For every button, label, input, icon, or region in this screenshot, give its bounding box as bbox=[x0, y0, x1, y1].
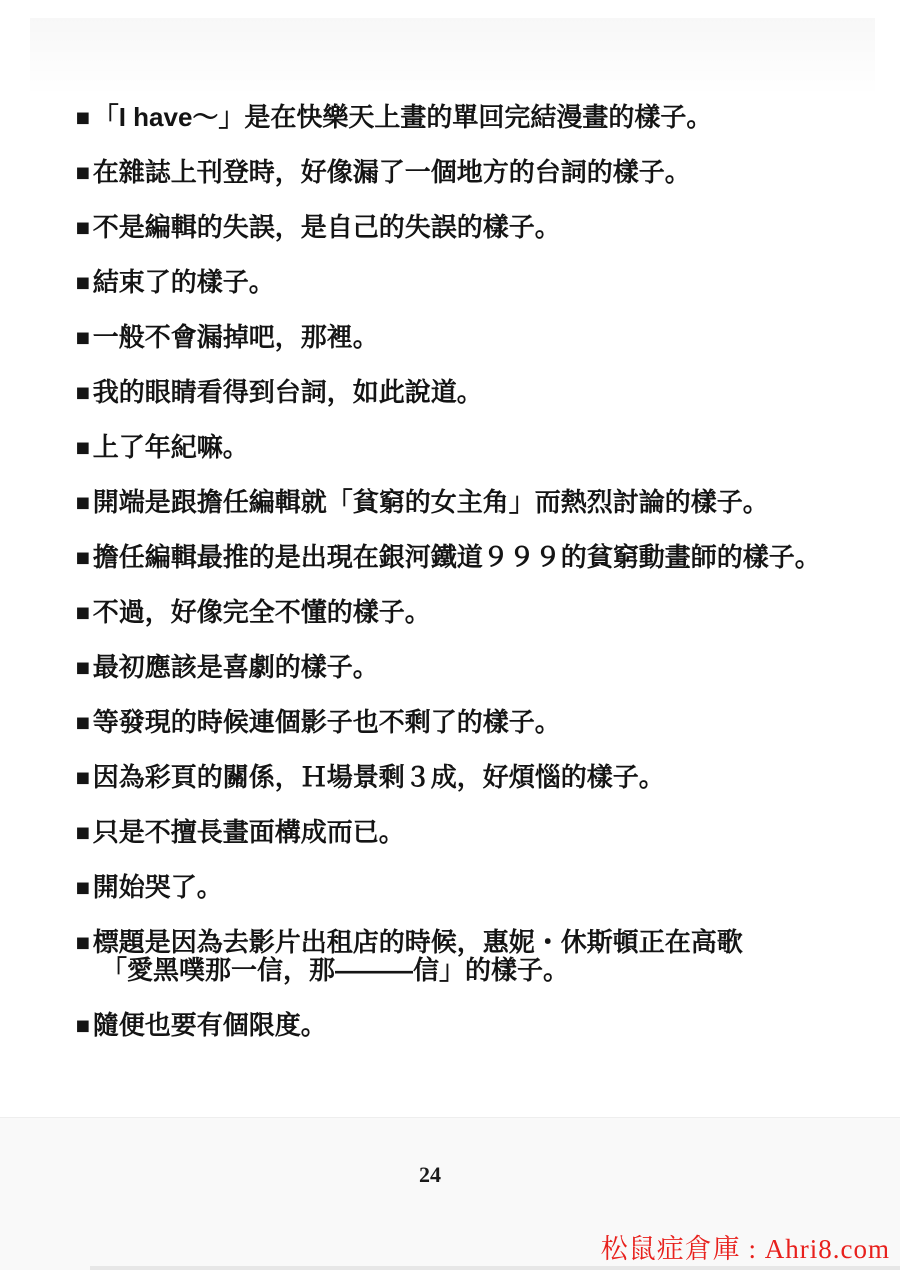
note-line: ■標題是因為去影片出租店的時候，惠妮・休斯頓正在高歌 bbox=[75, 928, 875, 956]
note-item: ■開端是跟擔任編輯就「貧窮的女主角」而熱烈討論的樣子。 bbox=[75, 488, 875, 516]
note-item: ■不是編輯的失誤，是自己的失誤的樣子。 bbox=[75, 213, 875, 241]
note-text: 「I have～」是在快樂天上畫的單回完結漫畫的樣子。 bbox=[93, 102, 713, 132]
bullet-square-icon: ■ bbox=[76, 379, 90, 405]
note-item: ■在雜誌上刊登時，好像漏了一個地方的台詞的樣子。 bbox=[75, 158, 875, 186]
bullet-square-icon: ■ bbox=[76, 269, 90, 295]
note-text: 開端是跟擔任編輯就「貧窮的女主角」而熱烈討論的樣子。 bbox=[93, 487, 769, 517]
note-item: ■等發現的時候連個影子也不剩了的樣子。 bbox=[75, 708, 875, 736]
note-text: 擔任編輯最推的是出現在銀河鐵道９９９的貧窮動畫師的樣子。 bbox=[93, 542, 821, 572]
note-line: ■只是不擅長畫面構成而已。 bbox=[75, 818, 875, 846]
bullet-square-icon: ■ bbox=[76, 764, 90, 790]
notes-list: ■「I have～」是在快樂天上畫的單回完結漫畫的樣子。■在雜誌上刊登時，好像漏… bbox=[75, 103, 875, 1066]
note-text: 隨便也要有個限度。 bbox=[93, 1010, 327, 1040]
note-line: ■隨便也要有個限度。 bbox=[75, 1011, 875, 1039]
note-line: ■結束了的樣子。 bbox=[75, 268, 875, 296]
note-text: 開始哭了。 bbox=[93, 872, 223, 902]
note-text: 結束了的樣子。 bbox=[93, 267, 275, 297]
note-line: ■我的眼睛看得到台詞，如此說道。 bbox=[75, 378, 875, 406]
note-line: ■一般不會漏掉吧，那裡。 bbox=[75, 323, 875, 351]
note-text: 因為彩頁的關係，Ｈ場景剩３成，好煩惱的樣子。 bbox=[93, 762, 665, 792]
bullet-square-icon: ■ bbox=[76, 214, 90, 240]
note-line: ■不過，好像完全不懂的樣子。 bbox=[75, 598, 875, 626]
page-number: 24 bbox=[395, 1162, 465, 1188]
note-line: ■上了年紀嘛。 bbox=[75, 433, 875, 461]
scan-shadow-top bbox=[30, 18, 875, 96]
bullet-square-icon: ■ bbox=[76, 874, 90, 900]
bullet-square-icon: ■ bbox=[76, 324, 90, 350]
bullet-square-icon: ■ bbox=[76, 434, 90, 460]
note-item: ■最初應該是喜劇的樣子。 bbox=[75, 653, 875, 681]
note-item: ■只是不擅長畫面構成而已。 bbox=[75, 818, 875, 846]
watermark-text: 松鼠症倉庫 : Ahri8.com bbox=[601, 1227, 890, 1266]
bullet-square-icon: ■ bbox=[76, 159, 90, 185]
note-item: ■我的眼睛看得到台詞，如此說道。 bbox=[75, 378, 875, 406]
bullet-square-icon: ■ bbox=[76, 599, 90, 625]
note-line: ■等發現的時候連個影子也不剩了的樣子。 bbox=[75, 708, 875, 736]
bullet-square-icon: ■ bbox=[76, 929, 90, 955]
note-line: ■因為彩頁的關係，Ｈ場景剩３成，好煩惱的樣子。 bbox=[75, 763, 875, 791]
note-item: ■因為彩頁的關係，Ｈ場景剩３成，好煩惱的樣子。 bbox=[75, 763, 875, 791]
note-line: ■在雜誌上刊登時，好像漏了一個地方的台詞的樣子。 bbox=[75, 158, 875, 186]
note-text: 上了年紀嘛。 bbox=[93, 432, 249, 462]
note-line: ■最初應該是喜劇的樣子。 bbox=[75, 653, 875, 681]
note-item: ■一般不會漏掉吧，那裡。 bbox=[75, 323, 875, 351]
scan-edge-bottom bbox=[90, 1266, 900, 1270]
note-item: ■擔任編輯最推的是出現在銀河鐵道９９９的貧窮動畫師的樣子。 bbox=[75, 543, 875, 571]
note-text: 在雜誌上刊登時，好像漏了一個地方的台詞的樣子。 bbox=[93, 157, 691, 187]
note-text: 不是編輯的失誤，是自己的失誤的樣子。 bbox=[93, 212, 561, 242]
document-page: ■「I have～」是在快樂天上畫的單回完結漫畫的樣子。■在雜誌上刊登時，好像漏… bbox=[0, 0, 900, 1270]
note-line: ■「I have～」是在快樂天上畫的單回完結漫畫的樣子。 bbox=[75, 103, 875, 131]
note-item: ■「I have～」是在快樂天上畫的單回完結漫畫的樣子。 bbox=[75, 103, 875, 131]
bullet-square-icon: ■ bbox=[76, 104, 90, 130]
note-text-continuation: 「愛黑噗那一信，那———信」的樣子。 bbox=[75, 956, 875, 984]
bullet-square-icon: ■ bbox=[76, 654, 90, 680]
note-text: 我的眼睛看得到台詞，如此說道。 bbox=[93, 377, 483, 407]
note-text: 標題是因為去影片出租店的時候，惠妮・休斯頓正在高歌 bbox=[93, 927, 743, 957]
note-text: 一般不會漏掉吧，那裡。 bbox=[93, 322, 379, 352]
note-item: ■上了年紀嘛。 bbox=[75, 433, 875, 461]
note-item: ■標題是因為去影片出租店的時候，惠妮・休斯頓正在高歌「愛黑噗那一信，那———信」… bbox=[75, 928, 875, 984]
note-item: ■不過，好像完全不懂的樣子。 bbox=[75, 598, 875, 626]
note-text: 最初應該是喜劇的樣子。 bbox=[93, 652, 379, 682]
note-line: ■開端是跟擔任編輯就「貧窮的女主角」而熱烈討論的樣子。 bbox=[75, 488, 875, 516]
bullet-square-icon: ■ bbox=[76, 544, 90, 570]
note-item: ■開始哭了。 bbox=[75, 873, 875, 901]
note-item: ■結束了的樣子。 bbox=[75, 268, 875, 296]
note-text: 只是不擅長畫面構成而已。 bbox=[93, 817, 405, 847]
bullet-square-icon: ■ bbox=[76, 1012, 90, 1038]
note-line: ■不是編輯的失誤，是自己的失誤的樣子。 bbox=[75, 213, 875, 241]
bullet-square-icon: ■ bbox=[76, 489, 90, 515]
note-line: ■開始哭了。 bbox=[75, 873, 875, 901]
bullet-square-icon: ■ bbox=[76, 819, 90, 845]
note-text: 不過，好像完全不懂的樣子。 bbox=[93, 597, 431, 627]
bullet-square-icon: ■ bbox=[76, 709, 90, 735]
note-text: 等發現的時候連個影子也不剩了的樣子。 bbox=[93, 707, 561, 737]
note-line: ■擔任編輯最推的是出現在銀河鐵道９９９的貧窮動畫師的樣子。 bbox=[75, 543, 875, 571]
note-item: ■隨便也要有個限度。 bbox=[75, 1011, 875, 1039]
